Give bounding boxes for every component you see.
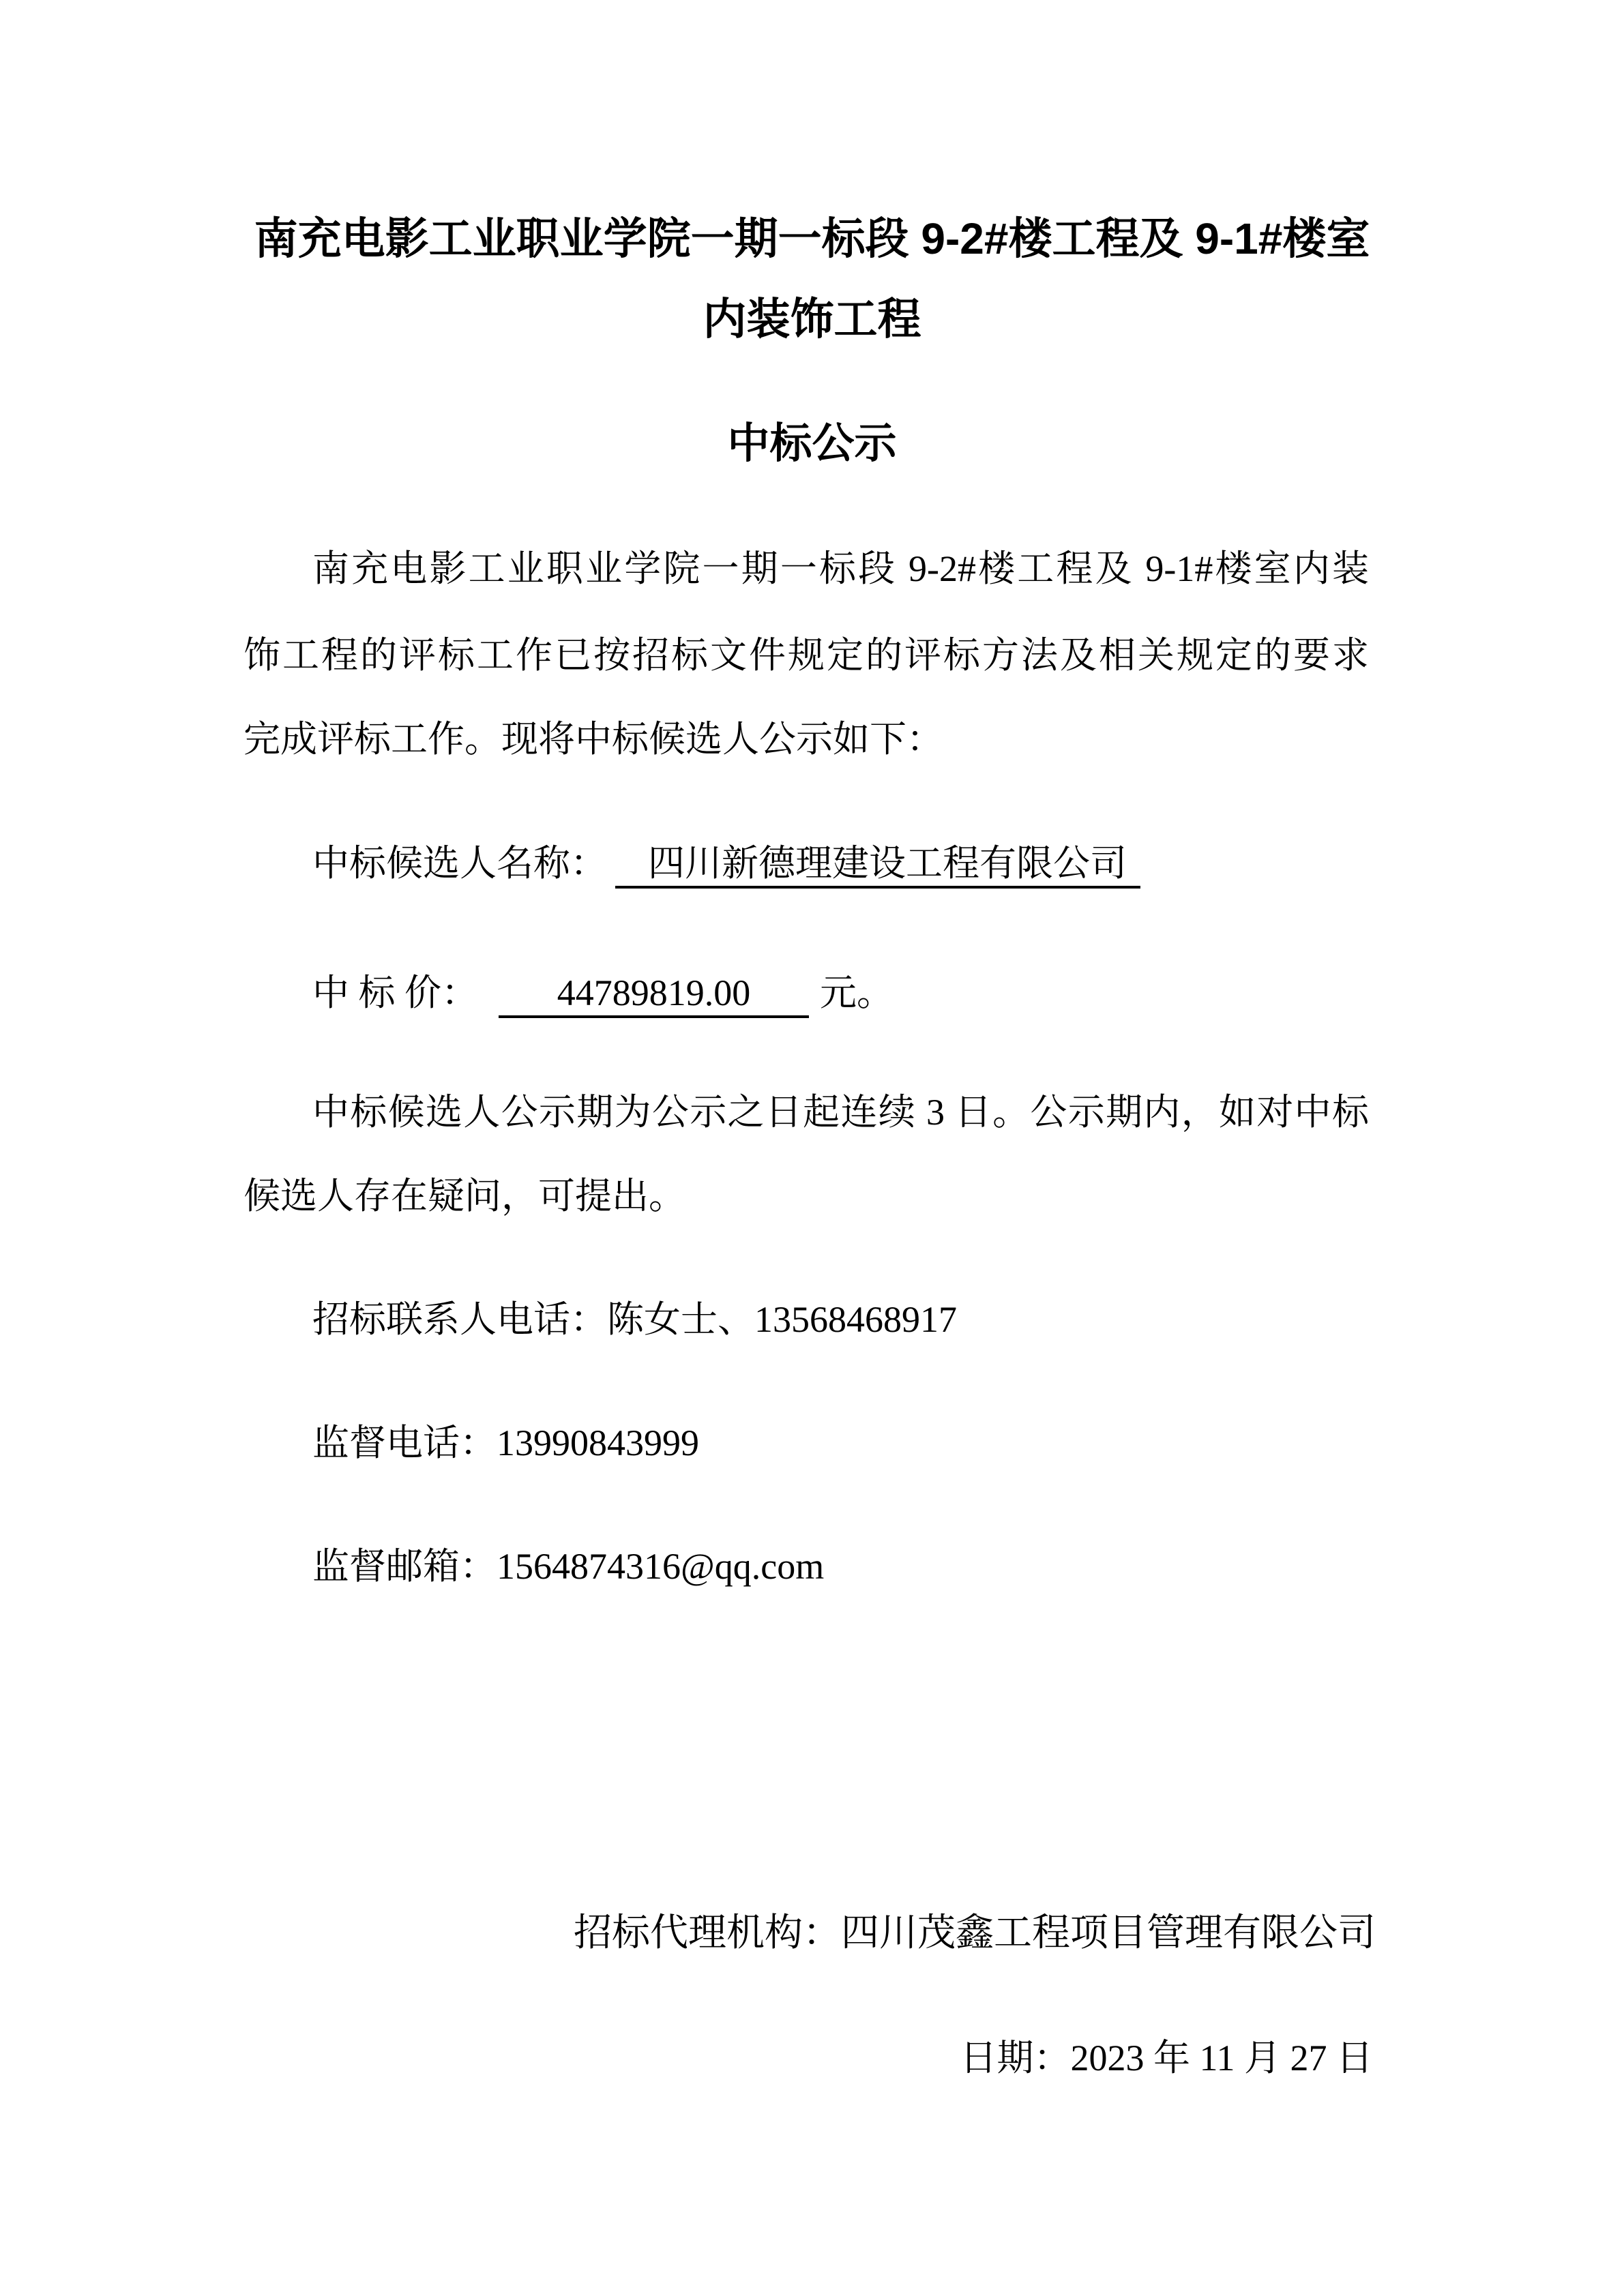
intro-paragraph-line-3: 完成评标工作。现将中标候选人公示如下： <box>243 721 943 758</box>
bid-price-label: 中 标 价： <box>312 972 478 1013</box>
intro-paragraph-line-1: 南充电影工业职业学院一期一标段 9-2#楼工程及 9-1#楼室内装 <box>312 548 1369 590</box>
bid-price-value-underlined: 44789819.00 <box>499 974 809 1018</box>
date-line: 日期：2023 年 11 月 27 日 <box>960 2040 1374 2076</box>
publicity-notice-line-1: 中标候选人公示期为公示之日起连续 3 日。公示期内，如对中标 <box>312 1091 1369 1133</box>
intro-paragraph-line-2: 饰工程的评标工作已按招标文件规定的评标方法及相关规定的要求 <box>243 634 1369 676</box>
bid-price-line: 中 标 价：44789819.00元。 <box>312 974 894 1018</box>
document-page: 南充电影工业职业学院一期一标段 9-2#楼工程及 9-1#楼室 内装饰工程 中标… <box>0 0 1624 2296</box>
winner-name-underlined: 四川新德理建设工程有限公司 <box>615 844 1140 889</box>
bid-price-unit: 元。 <box>820 972 894 1013</box>
supervise-email-line: 监督邮箱：1564874316@qq.com <box>312 1548 824 1585</box>
document-title-line-1: 南充电影工业职业学院一期一标段 9-2#楼工程及 9-1#楼室 <box>0 217 1624 260</box>
winner-label: 中标候选人名称： <box>312 843 607 884</box>
contact-phone-line: 招标联系人电话：陈女士、13568468917 <box>312 1301 957 1338</box>
publicity-notice-line-2: 候选人存在疑问，可提出。 <box>243 1178 685 1214</box>
notice-heading: 中标公示 <box>0 423 1624 465</box>
supervise-phone-line: 监督电话：13990843999 <box>312 1425 699 1461</box>
winner-line: 中标候选人名称：四川新德理建设工程有限公司 <box>312 844 1140 889</box>
agency-line: 招标代理机构：四川茂鑫工程项目管理有限公司 <box>574 1914 1376 1952</box>
document-title-line-2: 内装饰工程 <box>0 297 1624 341</box>
